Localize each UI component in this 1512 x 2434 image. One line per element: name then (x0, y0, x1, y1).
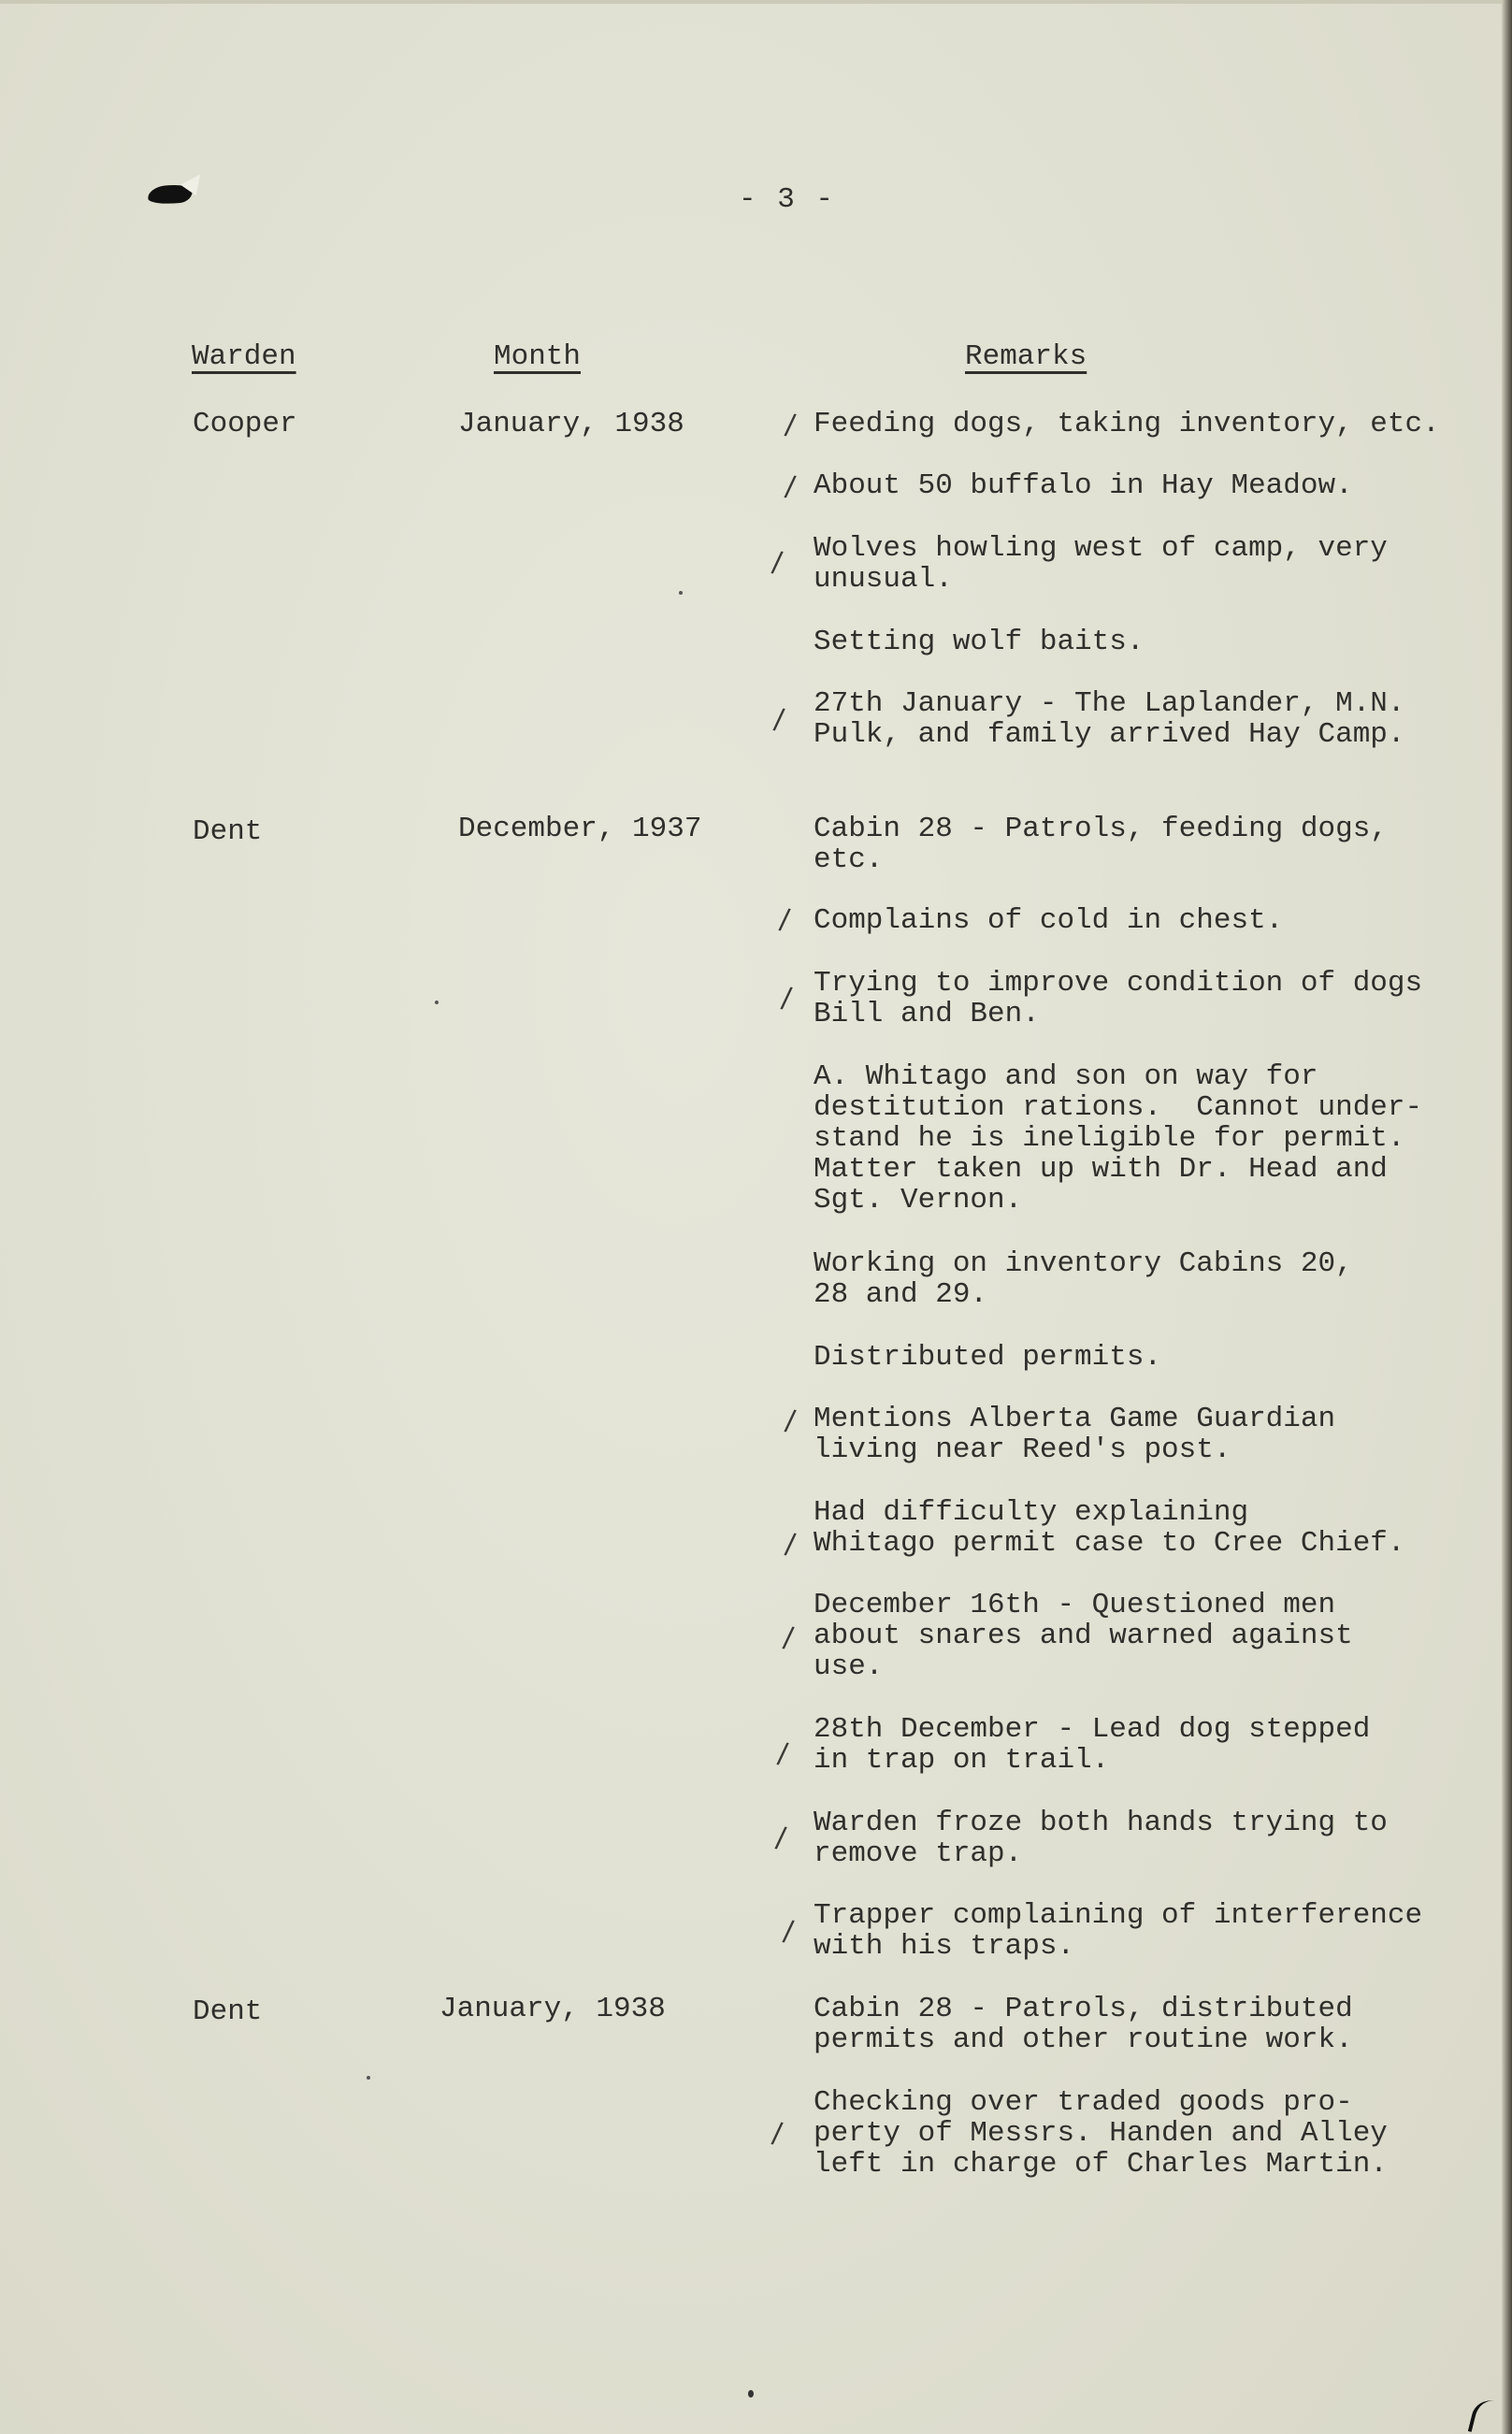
check-mark-icon: / (784, 1527, 798, 1561)
remark-item: Feeding dogs, taking inventory, etc. (814, 409, 1440, 439)
remark-item: December 16th - Questioned men about sna… (814, 1590, 1353, 1682)
page-edge-top (0, 0, 1502, 4)
remark-item: Had difficulty explaining Whitago permit… (814, 1497, 1405, 1559)
entry-warden: Dent (193, 1996, 262, 2027)
column-header-remarks: Remarks (965, 340, 1087, 373)
check-mark-icon: / (776, 1736, 790, 1770)
page-edge-right (1502, 0, 1512, 2434)
page-corner-curl (1468, 2397, 1495, 2434)
remark-item: Distributed permits. (814, 1342, 1161, 1373)
remark-item: About 50 buffalo in Hay Meadow. (814, 470, 1353, 501)
paper-speck (435, 1001, 439, 1004)
entry-month: January, 1938 (439, 1994, 666, 2024)
entry-month: January, 1938 (458, 409, 684, 439)
entry-warden: Cooper (193, 409, 297, 439)
remark-item: Cabin 28 - Patrols, distributed permits … (814, 1994, 1353, 2055)
remark-item: Complains of cold in chest. (814, 905, 1283, 936)
check-mark-icon: / (780, 981, 794, 1015)
remark-item: Working on inventory Cabins 20, 28 and 2… (814, 1248, 1353, 1310)
remark-item: Warden froze both hands trying to remove… (814, 1807, 1388, 1869)
remark-item: Checking over traded goods pro- perty of… (814, 2087, 1388, 2180)
remark-item: Cabin 28 - Patrols, feeding dogs, etc. (814, 814, 1388, 875)
check-mark-icon: / (774, 1821, 788, 1854)
check-mark-icon: / (770, 2116, 785, 2150)
remark-item: Setting wolf baits. (814, 627, 1144, 657)
entry-month: December, 1937 (458, 814, 701, 844)
page-number: - 3 - (739, 183, 835, 216)
remark-item: Trapper complaining of interference with… (814, 1900, 1422, 1962)
check-mark-icon: / (778, 902, 792, 936)
column-header-warden: Warden (192, 340, 296, 373)
remark-item: 28th December - Lead dog stepped in trap… (814, 1714, 1370, 1776)
paper-speck (367, 2076, 370, 2080)
check-mark-icon: / (784, 469, 798, 503)
paper-speck (748, 2390, 754, 2398)
check-mark-icon: / (782, 1620, 796, 1654)
remark-item: A. Whitago and son on way for destitutio… (814, 1061, 1422, 1216)
column-header-month: Month (494, 340, 581, 373)
check-mark-icon: / (770, 545, 785, 579)
document-page: - 3 - Warden Month Remarks Cooper Januar… (0, 0, 1502, 2434)
remark-item: Trying to improve condition of dogs Bill… (814, 968, 1422, 1030)
remark-item: 27th January - The Laplander, M.N. Pulk,… (814, 688, 1405, 750)
remark-item: Wolves howling west of camp, very unusua… (814, 533, 1388, 595)
remark-item: Mentions Alberta Game Guardian living ne… (814, 1404, 1335, 1465)
check-mark-icon: / (784, 408, 798, 441)
check-mark-icon: / (772, 702, 786, 736)
tear-mark (147, 183, 194, 207)
paper-speck (679, 591, 683, 595)
entry-warden: Dent (193, 816, 262, 847)
check-mark-icon: / (784, 1404, 798, 1437)
check-mark-icon: / (782, 1914, 796, 1948)
